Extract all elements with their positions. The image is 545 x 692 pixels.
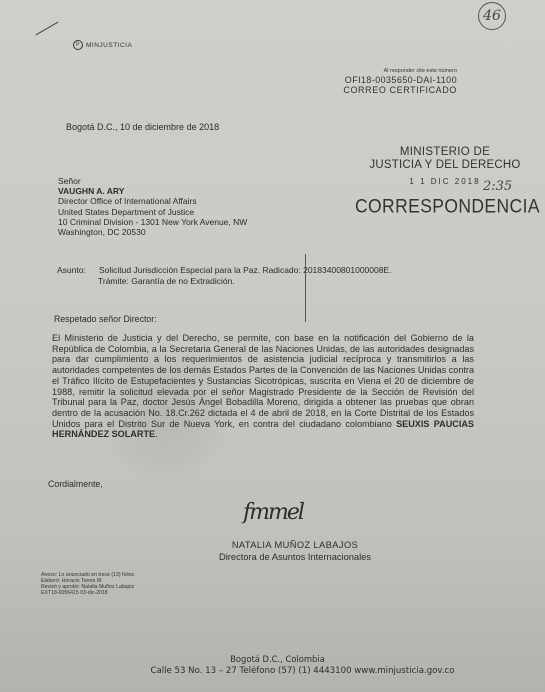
annex-block: Anexo: Lo anunciado en trece (13) folios… (41, 573, 134, 597)
received-stamp: MINISTERIO DE JUSTICIA Y DEL DERECHO 1 1… (355, 146, 535, 217)
subject-block: Asunto:Solicitud Jurisdicción Especial p… (57, 265, 392, 286)
subject-procedure: Trámite: Garantía de no Extradición. (57, 276, 392, 287)
recipient-organization: United States Department of Justice (58, 207, 247, 217)
body-end: . (155, 429, 158, 439)
stamp-line2: JUSTICIA Y DEL DERECHO (355, 159, 535, 171)
greeting: Respetado señor Director: (54, 314, 157, 324)
recipient-salutation: Señor (58, 176, 247, 186)
signer-title: Directora de Asuntos Internacionales (150, 552, 440, 562)
stamp-line1: MINISTERIO DE (355, 146, 535, 158)
logo-text: MINJUSTICIA (86, 42, 132, 49)
closing: Cordialmente, (48, 479, 103, 489)
body-text: El Ministerio de Justicia y del Derecho,… (52, 333, 474, 429)
mail-type: CORREO CERTIFICADO (343, 85, 457, 95)
recipient-address: 10 Criminal Division - 1301 New York Ave… (58, 217, 247, 227)
footer: Bogotá D.C., Colombia Calle 53 No. 13 – … (0, 654, 545, 676)
signer-block: NATALIA MUÑOZ LABAJOS Directora de Asunt… (150, 540, 440, 562)
reference-caption: Al responder cite este número (343, 68, 457, 74)
stamp-handwritten-time: 2:35 (483, 179, 512, 194)
logo-icon: P (73, 40, 83, 50)
subject-label: Asunto: (57, 265, 99, 276)
recipient-title: Director Office of International Affairs (58, 196, 247, 206)
recipient-name: VAUGHN A. ARY (58, 186, 247, 196)
annex-line4: EXT18-0056415 03-dic-2018 (41, 591, 134, 597)
ministry-logo: P MINJUSTICIA (73, 40, 132, 50)
footer-address: Calle 53 No. 13 – 27 Teléfono (57) (1) 4… (0, 666, 545, 676)
body-paragraph: El Ministerio de Justicia y del Derecho,… (52, 333, 474, 440)
date-line: Bogotá D.C., 10 de diciembre de 2018 (66, 122, 219, 132)
signer-name: NATALIA MUÑOZ LABAJOS (150, 540, 440, 550)
reference-block: Al responder cite este número OFI18-0035… (343, 68, 457, 95)
reference-number: OFI18-0035650-DAI-1100 (343, 75, 457, 85)
margin-mark (305, 254, 306, 322)
recipient-block: Señor VAUGHN A. ARY Director Office of I… (58, 176, 247, 237)
subject-text: Solicitud Jurisdicción Especial para la … (99, 265, 392, 275)
recipient-city: Washington, DC 20530 (58, 227, 247, 237)
stamp-label: CORRESPONDENCIA (355, 195, 535, 218)
footer-city: Bogotá D.C., Colombia (0, 654, 545, 664)
pen-mark (35, 22, 58, 36)
signature: fmmel (243, 500, 303, 525)
page-number-annotation: 46 (478, 2, 506, 30)
